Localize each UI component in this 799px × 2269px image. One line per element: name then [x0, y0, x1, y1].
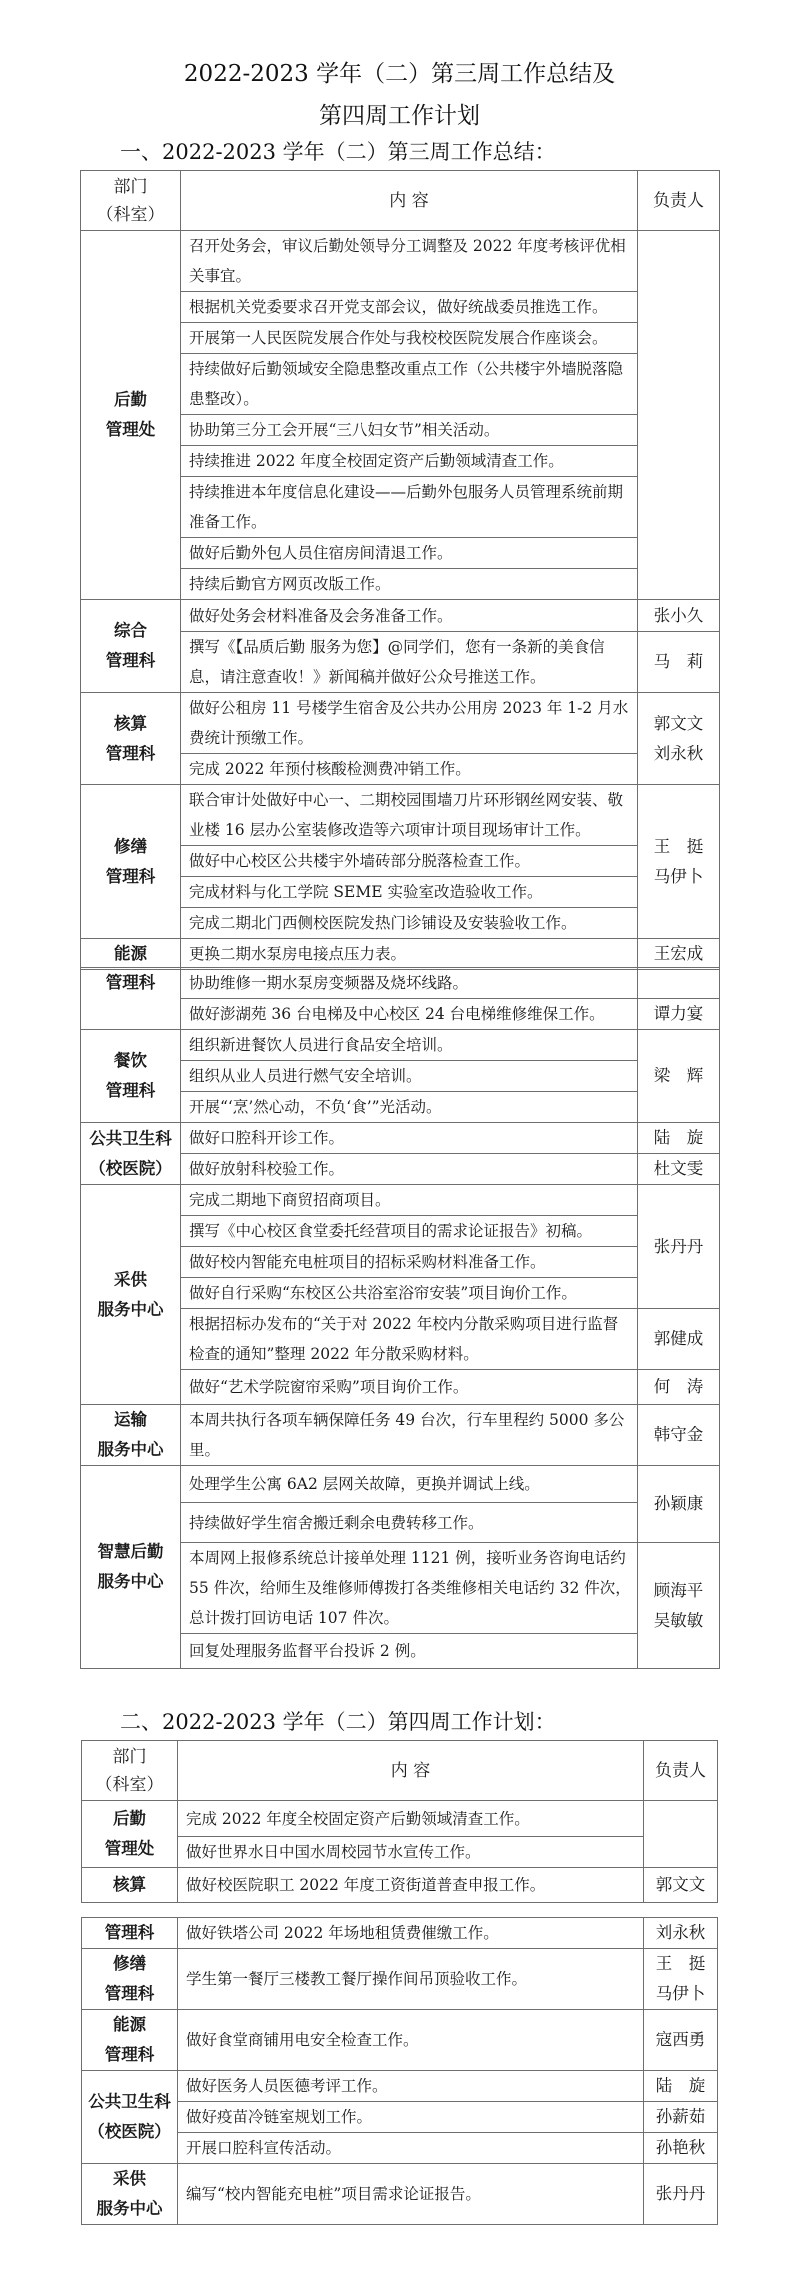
header-content: 内 容 [178, 1741, 644, 1801]
table-row: 做好澎湖苑 36 台电梯及中心校区 24 台电梯维修维保工作。 [181, 999, 638, 1030]
dept-zonghe: 综合管理科 [81, 600, 181, 693]
table-row: 根据招标办发布的“关于对 2022 年校内分散采购项目进行监督检查的通知”整理 … [181, 1309, 638, 1370]
person-houqin [638, 231, 720, 600]
person-yunshu: 韩守金 [638, 1405, 720, 1466]
dept-gonggong: 公共卫生科（校医院） [82, 2071, 178, 2164]
table-row: 做好铁塔公司 2022 年场地租赁费催缴工作。 [178, 1918, 644, 1949]
table-row: 做好校内智能充电桩项目的招标采购材料准备工作。 [181, 1247, 638, 1278]
table-row: 做好校医院职工 2022 年度工资街道普查申报工作。 [178, 1868, 644, 1903]
person-cell: 马 莉 [638, 632, 720, 693]
table-row: 开展第一人民医院发展合作处与我校校医院发展合作座谈会。 [181, 323, 638, 354]
person-canyin: 梁 辉 [638, 1030, 720, 1123]
person-xiushan: 王 挺马伊卜 [638, 785, 720, 939]
plan-table-part1: 部门（科室） 内 容 负责人 后勤管理处 完成 2022 年度全校固定资产后勤领… [81, 1740, 718, 1903]
table-row: 编写“校内智能充电桩”项目需求论证报告。 [178, 2164, 644, 2225]
table-row: 本周网上报修系统总计接单处理 1121 例，接听业务咨询电话约 55 件次，给师… [181, 1543, 638, 1634]
person-cell: 孙薪茹 [644, 2102, 718, 2133]
table-row: 回复处理服务监督平台投诉 2 例。 [181, 1634, 638, 1669]
table-row: 协助第三分工会开展“三八妇女节”相关活动。 [181, 415, 638, 446]
dept-canyin: 餐饮管理科 [81, 1030, 181, 1123]
table-row: 本周共执行各项车辆保障任务 49 台次，行车里程约 5000 多公里。 [181, 1405, 638, 1466]
dept-gonggong: 公共卫生科（校医院） [81, 1123, 181, 1185]
table-row: 完成 2022 年度全校固定资产后勤领域清查工作。 [178, 1801, 644, 1837]
person-cell: 刘永秋 [644, 1918, 718, 1949]
table-row: 根据机关党委要求召开党支部会议，做好统战委员推选工作。 [181, 292, 638, 323]
dept-hesuan-cont: 管理科 [82, 1918, 178, 1949]
person-cell: 王宏成 [638, 939, 720, 970]
table-row: 联合审计处做好中心一、二期校园围墙刀片环形钢丝网安装、敬业楼 16 层办公室装修… [181, 785, 638, 846]
plan-table-part2: 管理科 做好铁塔公司 2022 年场地租赁费催缴工作。 刘永秋 修缮管理科 学生… [81, 1917, 718, 2225]
table-row: 做好疫苗冷链室规划工作。 [178, 2102, 644, 2133]
table-row: 做好中心校区公共楼宇外墙砖部分脱落检查工作。 [181, 846, 638, 877]
person-cell: 谭力宴 [638, 999, 720, 1030]
table-row: 完成二期地下商贸招商项目。 [181, 1185, 638, 1216]
table-row: 做好放射科校验工作。 [181, 1154, 638, 1185]
section2-heading: 二、2022-2023 学年（二）第四周工作计划： [120, 1706, 556, 1736]
table-row: 做好后勤外包人员住宿房间清退工作。 [181, 538, 638, 569]
dept-nengyuan: 能源 [81, 939, 181, 970]
header-person: 负责人 [638, 171, 720, 231]
header-dept: 部门（科室） [81, 171, 181, 231]
person-caigong-3: 何 涛 [638, 1370, 720, 1405]
table-row: 做好医务人员医德考评工作。 [178, 2071, 644, 2102]
dept-yunshu: 运输服务中心 [81, 1405, 181, 1466]
table-row: 召开处务会，审议后勤处领导分工调整及 2022 年度考核评优相关事宜。 [181, 231, 638, 292]
person-cell [638, 968, 720, 999]
person-caigong-1: 张丹丹 [638, 1185, 720, 1309]
table-row: 做好食堂商铺用电安全检查工作。 [178, 2010, 644, 2071]
dept-xiushan: 修缮管理科 [81, 785, 181, 939]
table-row: 完成 2022 年预付核酸检测费冲销工作。 [181, 754, 638, 785]
table-row: 组织从业人员进行燃气安全培训。 [181, 1061, 638, 1092]
document-title-line2: 第四周工作计划 [0, 97, 799, 130]
person-zhihui-2: 顾海平吴敏敏 [638, 1543, 720, 1669]
table-row: 做好“艺术学院窗帘采购”项目询价工作。 [181, 1370, 638, 1405]
table-row: 做好口腔科开诊工作。 [181, 1123, 638, 1154]
table-row: 做好公租房 11 号楼学生宿舍及公共办公用房 2023 年 1-2 月水费统计预… [181, 693, 638, 754]
person-cell: 孙艳秋 [644, 2133, 718, 2164]
dept-xiushan: 修缮管理科 [82, 1949, 178, 2010]
person-cell: 陆 旋 [638, 1123, 720, 1154]
table-row: 做好自行采购“东校区公共浴室浴帘安装”项目询价工作。 [181, 1278, 638, 1309]
table-row: 做好处务会材料准备及会务准备工作。 [181, 600, 638, 632]
dept-nengyuan: 能源管理科 [82, 2010, 178, 2071]
table-row: 开展“‘烹’然心动，不负‘食’”光活动。 [181, 1092, 638, 1123]
table-row: 持续推进 2022 年度全校固定资产后勤领域清查工作。 [181, 446, 638, 477]
table-row: 完成材料与化工学院 SEME 实验室改造验收工作。 [181, 877, 638, 908]
dept-zhihui: 智慧后勤服务中心 [81, 1466, 181, 1669]
dept-houqin: 后勤管理处 [82, 1801, 178, 1868]
header-person: 负责人 [644, 1741, 718, 1801]
summary-table-part1: 部门（科室） 内 容 负责人 后勤管理处 召开处务会，审议后勤处领导分工调整及 … [80, 170, 720, 970]
dept-hesuan: 核算 [82, 1868, 178, 1903]
section1-heading: 一、2022-2023 学年（二）第三周工作总结： [120, 136, 556, 166]
person-cell: 张小久 [638, 600, 720, 632]
dept-nengyuan-cont: 管理科 [81, 968, 181, 1030]
table-row: 持续推进本年度信息化建设——后勤外包服务人员管理系统前期准备工作。 [181, 477, 638, 538]
document-title-line1: 2022-2023 学年（二）第三周工作总结及 [0, 55, 799, 88]
person-cell: 杜文雯 [638, 1154, 720, 1185]
table-row: 完成二期北门西侧校医院发热门诊铺设及安装验收工作。 [181, 908, 638, 939]
table-row: 撰写《【品质后勤 服务为您】@同学们，您有一条新的美食信息，请注意查收！》新闻稿… [181, 632, 638, 693]
table-row: 持续做好后勤领域安全隐患整改重点工作（公共楼宇外墙脱落隐患整改）。 [181, 354, 638, 415]
header-dept: 部门（科室） [82, 1741, 178, 1801]
dept-houqin: 后勤管理处 [81, 231, 181, 600]
table-row: 处理学生公寓 6A2 层网关故障，更换并调试上线。 [181, 1466, 638, 1503]
summary-table-part2: 管理科 协助维修一期水泵房变频器及烧坏线路。 做好澎湖苑 36 台电梯及中心校区… [80, 967, 720, 1669]
table-row: 学生第一餐厅三楼教工餐厅操作间吊顶验收工作。 [178, 1949, 644, 2010]
table-row: 持续后勤官方网页改版工作。 [181, 569, 638, 600]
person-cell: 陆 旋 [644, 2071, 718, 2102]
person-cell: 郭文文 [644, 1868, 718, 1903]
header-content: 内 容 [181, 171, 638, 231]
dept-caigong: 采供服务中心 [81, 1185, 181, 1405]
dept-caigong: 采供服务中心 [82, 2164, 178, 2225]
person-nengyuan: 寇西勇 [644, 2010, 718, 2071]
person-hesuan: 郭文文刘永秋 [638, 693, 720, 785]
table-row: 持续做好学生宿舍搬迁剩余电费转移工作。 [181, 1503, 638, 1543]
table-row: 做好世界水日中国水周校园节水宣传工作。 [178, 1837, 644, 1868]
table-row: 开展口腔科宣传活动。 [178, 2133, 644, 2164]
person-caigong: 张丹丹 [644, 2164, 718, 2225]
person-houqin [644, 1801, 718, 1868]
table-row: 更换二期水泵房电接点压力表。 [181, 939, 638, 970]
table-row: 协助维修一期水泵房变频器及烧坏线路。 [181, 968, 638, 999]
person-caigong-2: 郭健成 [638, 1309, 720, 1370]
dept-hesuan: 核算管理科 [81, 693, 181, 785]
person-xiushan: 王 挺马伊卜 [644, 1949, 718, 2010]
table-row: 组织新进餐饮人员进行食品安全培训。 [181, 1030, 638, 1061]
person-zhihui-1: 孙颖康 [638, 1466, 720, 1543]
table-row: 撰写《中心校区食堂委托经营项目的需求论证报告》初稿。 [181, 1216, 638, 1247]
